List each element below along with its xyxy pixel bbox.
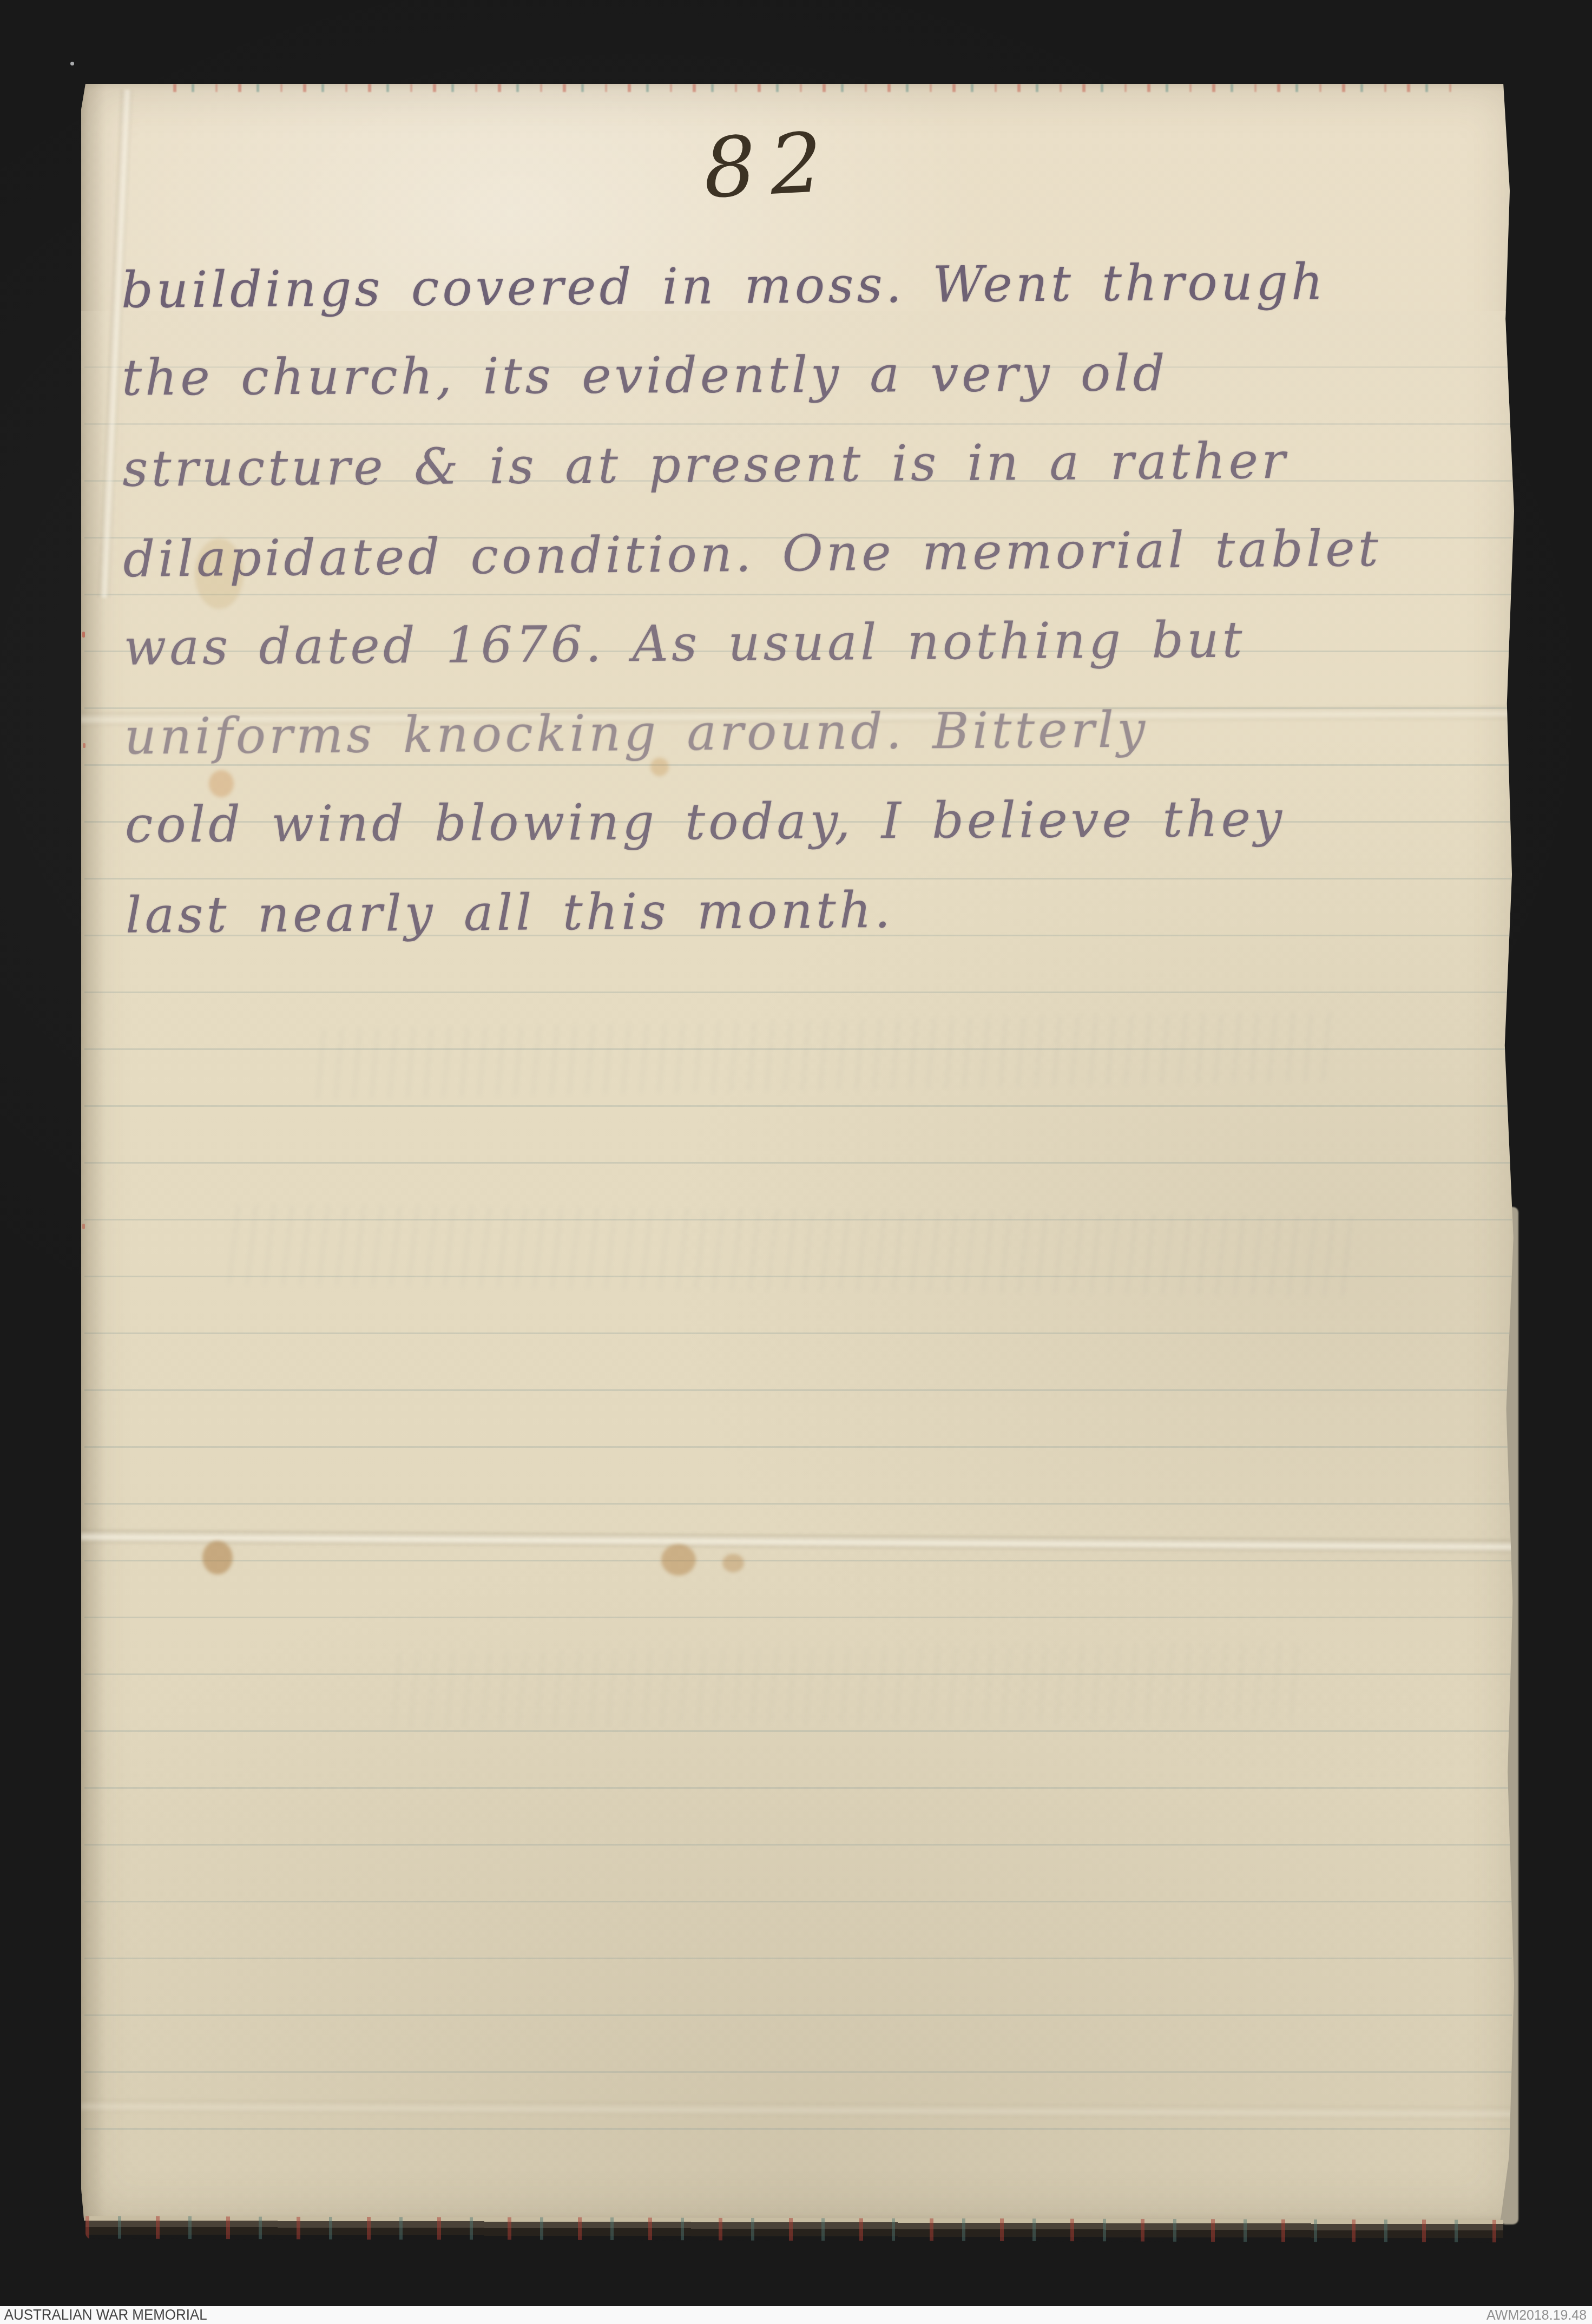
diary-page: 82 buildings covered in moss. Went throu… [81, 84, 1516, 2221]
red-edge-fleck [83, 743, 85, 748]
handwriting-line: was dated 1676. As usual nothing but [123, 598, 1495, 697]
ink-showthrough [221, 1204, 1358, 1297]
handwriting-line: cold wind blowing today, I believe they [124, 777, 1496, 874]
ink-showthrough [384, 1644, 1304, 1728]
handwriting-line: dilapidated condition. One memorial tabl… [123, 507, 1495, 608]
page-edge-flecks [173, 84, 1468, 92]
stain [722, 1554, 744, 1572]
handwriting-line: structure & is at present is in a rather [122, 419, 1494, 518]
red-edge-fleck [82, 1224, 85, 1229]
stain [661, 1544, 696, 1575]
handwriting-line: buildings covered in moss. Went through [121, 240, 1492, 339]
page-stack-edge [85, 2216, 1503, 2243]
left-edge-shadow [81, 84, 106, 2221]
stain [202, 1541, 233, 1574]
diary-entry-text: buildings covered in moss. Went through … [121, 240, 1497, 964]
scan-background: 82 buildings covered in moss. Went throu… [0, 0, 1592, 2324]
handwriting-line: the church, its evidently a very old [122, 331, 1494, 426]
watermark-bar: AUSTRALIAN WAR MEMORIAL AWM2018.19.48 [0, 2306, 1592, 2324]
dust-speck [70, 62, 74, 65]
page-number: 82 [701, 114, 839, 217]
handwriting-line: last nearly all this month. [125, 865, 1497, 964]
red-edge-fleck [82, 632, 85, 638]
accession-number: AWM2018.19.48 [1486, 2307, 1592, 2323]
handwriting-line: uniforms knocking around. Bitterly [124, 687, 1496, 786]
institution-watermark: AUSTRALIAN WAR MEMORIAL [0, 2307, 207, 2323]
